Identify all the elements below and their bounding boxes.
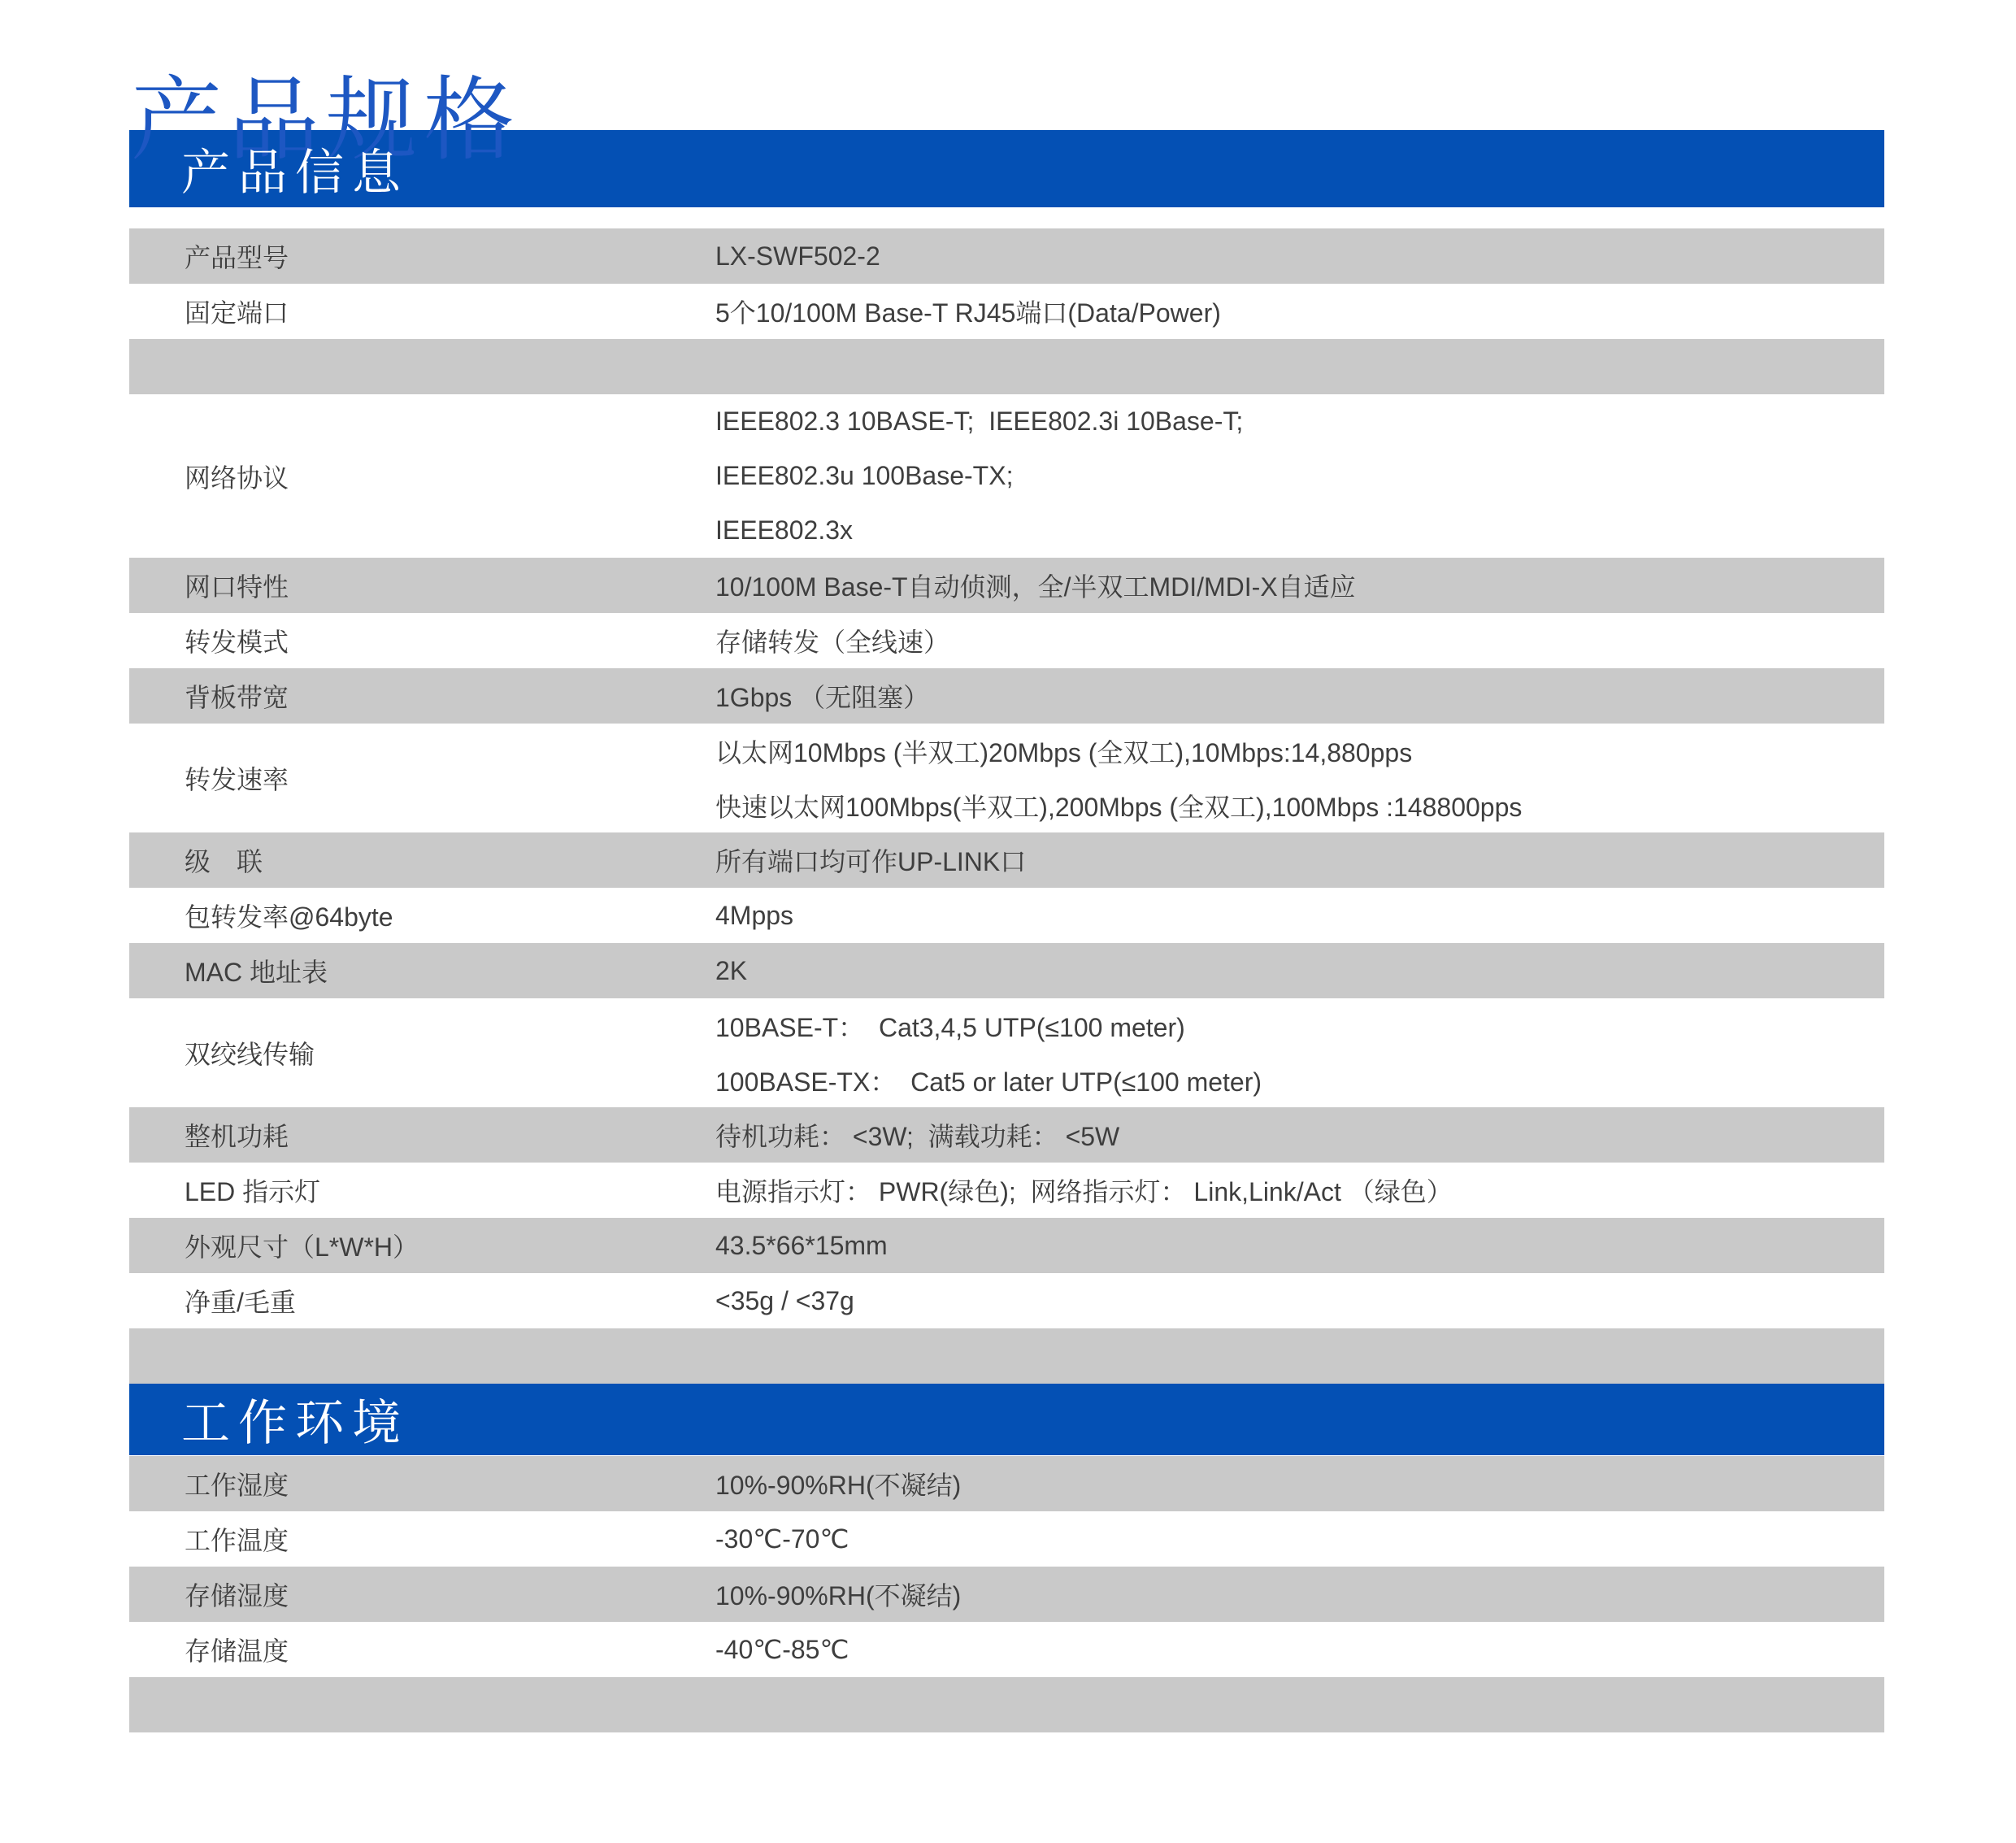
table-row: 背板带宽1Gbps （无阻塞） <box>129 668 1884 724</box>
table-row: 固定端口5个10/100M Base-T RJ45端口(Data/Power) <box>129 284 1884 339</box>
row-value: <35g / <37g <box>715 1273 1884 1328</box>
value-line: IEEE802.3u 100Base-TX; <box>715 449 1884 503</box>
table-row: 产品型号LX-SWF502-2 <box>129 228 1884 284</box>
table-row: 整机功耗待机功耗： <3W; 满载功耗： <5W <box>129 1107 1884 1163</box>
row-value <box>715 1677 1884 1732</box>
row-label: 双绞线传输 <box>129 998 715 1107</box>
row-label: 产品型号 <box>129 228 715 284</box>
page-title: 产品规格 <box>0 0 2016 114</box>
section-0: 产品信息产品型号LX-SWF502-2固定端口5个10/100M Base-T … <box>129 130 1884 1384</box>
row-value: 10%-90%RH(不凝结) <box>715 1567 1884 1622</box>
value-line: 10%-90%RH(不凝结) <box>715 1567 1884 1622</box>
table-row: 双绞线传输10BASE-T： Cat3,4,5 UTP(≤100 meter)1… <box>129 998 1884 1107</box>
row-value <box>715 1328 1884 1384</box>
value-line: -30℃-70℃ <box>715 1512 1884 1567</box>
table-row <box>129 1677 1884 1732</box>
value-line: 5个10/100M Base-T RJ45端口(Data/Power) <box>715 285 1884 339</box>
row-label: 整机功耗 <box>129 1107 715 1163</box>
spec-document: { "title": "产品规格", "colors": { "header_b… <box>0 0 2016 1843</box>
row-label: 固定端口 <box>129 284 715 339</box>
table-row: 净重/毛重<35g / <37g <box>129 1273 1884 1328</box>
row-label: 存储温度 <box>129 1622 715 1677</box>
row-value: 10BASE-T： Cat3,4,5 UTP(≤100 meter)100BAS… <box>715 998 1884 1107</box>
table-row: 包转发率@64byte4Mpps <box>129 888 1884 943</box>
value-line: 43.5*66*15mm <box>715 1219 1884 1273</box>
row-value: 以太网10Mbps (半双工)20Mbps (全双工),10Mbps:14,88… <box>715 724 1884 832</box>
table-row <box>129 339 1884 394</box>
row-label: 级 联 <box>129 832 715 888</box>
section-1: 工作环境工作湿度10%-90%RH(不凝结)工作温度-30℃-70℃存储湿度10… <box>129 1384 1884 1732</box>
row-value: 存储转发（全线速） <box>715 613 1884 668</box>
table-row: LED 指示灯电源指示灯： PWR(绿色); 网络指示灯： Link,Link/… <box>129 1163 1884 1218</box>
row-label: LED 指示灯 <box>129 1163 715 1218</box>
row-value: 所有端口均可作UP-LINK口 <box>715 832 1884 888</box>
value-line: 1Gbps （无阻塞） <box>715 669 1884 724</box>
row-value: IEEE802.3 10BASE-T; IEEE802.3i 10Base-T;… <box>715 394 1884 558</box>
row-value: 待机功耗： <3W; 满载功耗： <5W <box>715 1107 1884 1163</box>
row-label <box>129 339 715 394</box>
value-line: LX-SWF502-2 <box>715 229 1884 284</box>
row-label <box>129 1677 715 1732</box>
row-value: 4Mpps <box>715 888 1884 943</box>
row-value: LX-SWF502-2 <box>715 228 1884 284</box>
value-line: 10BASE-T： Cat3,4,5 UTP(≤100 meter) <box>715 998 1884 1053</box>
row-label <box>129 1328 715 1384</box>
row-value: -40℃-85℃ <box>715 1622 1884 1677</box>
row-label: 净重/毛重 <box>129 1273 715 1328</box>
value-line: 快速以太网100Mbps(半双工),200Mbps (全双工),100Mbps … <box>715 778 1884 832</box>
table-row: 存储温度-40℃-85℃ <box>129 1622 1884 1677</box>
table-row: MAC 地址表2K <box>129 943 1884 998</box>
value-line: 10%-90%RH(不凝结) <box>715 1457 1884 1511</box>
row-label: 存储湿度 <box>129 1567 715 1622</box>
row-label: 转发速率 <box>129 724 715 832</box>
value-line: 4Mpps <box>715 889 1884 943</box>
value-line: IEEE802.3x <box>715 503 1884 558</box>
table-row: 外观尺寸（L*W*H）43.5*66*15mm <box>129 1218 1884 1273</box>
table-row: 转发模式存储转发（全线速） <box>129 613 1884 668</box>
section-title: 产品信息 <box>181 134 409 204</box>
row-value <box>715 339 1884 394</box>
row-label: 转发模式 <box>129 613 715 668</box>
section-header-bar: 产品信息 <box>129 130 1884 207</box>
row-label: 背板带宽 <box>129 668 715 724</box>
row-label: 网口特性 <box>129 558 715 613</box>
row-value: 10%-90%RH(不凝结) <box>715 1456 1884 1511</box>
row-label: MAC 地址表 <box>129 943 715 998</box>
value-line: 存储转发（全线速） <box>715 614 1884 668</box>
value-line: IEEE802.3 10BASE-T; IEEE802.3i 10Base-T; <box>715 394 1884 449</box>
value-line: 以太网10Mbps (半双工)20Mbps (全双工),10Mbps:14,88… <box>715 724 1884 778</box>
table-row: 存储湿度10%-90%RH(不凝结) <box>129 1567 1884 1622</box>
table-row: 级 联所有端口均可作UP-LINK口 <box>129 832 1884 888</box>
row-value: 5个10/100M Base-T RJ45端口(Data/Power) <box>715 284 1884 339</box>
table-row: 转发速率以太网10Mbps (半双工)20Mbps (全双工),10Mbps:1… <box>129 724 1884 832</box>
value-line: 待机功耗： <3W; 满载功耗： <5W <box>715 1108 1884 1163</box>
row-value: -30℃-70℃ <box>715 1511 1884 1567</box>
row-value: 电源指示灯： PWR(绿色); 网络指示灯： Link,Link/Act （绿色… <box>715 1163 1884 1218</box>
value-line: 100BASE-TX： Cat5 or later UTP(≤100 meter… <box>715 1053 1884 1107</box>
value-line: -40℃-85℃ <box>715 1623 1884 1677</box>
section-header-bar: 工作环境 <box>129 1384 1884 1455</box>
row-label: 网络协议 <box>129 394 715 558</box>
row-value: 43.5*66*15mm <box>715 1218 1884 1273</box>
value-line: 10/100M Base-T自动侦测，全/半双工MDI/MDI-X自适应 <box>715 559 1884 613</box>
value-line: <35g / <37g <box>715 1274 1884 1328</box>
value-line: 所有端口均可作UP-LINK口 <box>715 833 1884 888</box>
row-label: 工作温度 <box>129 1511 715 1567</box>
sections-container: 产品信息产品型号LX-SWF502-2固定端口5个10/100M Base-T … <box>0 130 2016 1732</box>
table-row: 网口特性10/100M Base-T自动侦测，全/半双工MDI/MDI-X自适应 <box>129 558 1884 613</box>
table-row: 工作温度-30℃-70℃ <box>129 1511 1884 1567</box>
row-value: 2K <box>715 943 1884 998</box>
table-row <box>129 1328 1884 1384</box>
row-label: 工作湿度 <box>129 1456 715 1511</box>
table-row: 工作湿度10%-90%RH(不凝结) <box>129 1456 1884 1511</box>
table-row: 网络协议IEEE802.3 10BASE-T; IEEE802.3i 10Bas… <box>129 394 1884 558</box>
value-line: 电源指示灯： PWR(绿色); 网络指示灯： Link,Link/Act （绿色… <box>715 1163 1884 1218</box>
row-value: 10/100M Base-T自动侦测，全/半双工MDI/MDI-X自适应 <box>715 558 1884 613</box>
section-title: 工作环境 <box>181 1384 409 1454</box>
row-label: 外观尺寸（L*W*H） <box>129 1218 715 1273</box>
row-value: 1Gbps （无阻塞） <box>715 668 1884 724</box>
value-line: 2K <box>715 944 1884 998</box>
row-label: 包转发率@64byte <box>129 888 715 943</box>
